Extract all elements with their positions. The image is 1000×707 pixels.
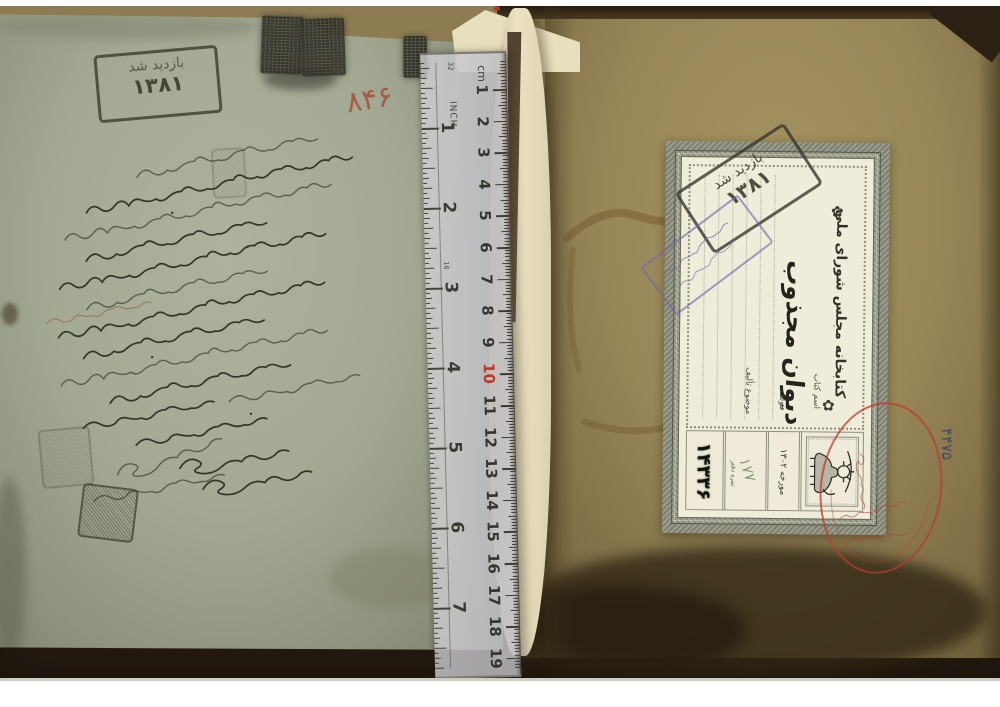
ink-smudge: [263, 70, 337, 90]
field-author: مولف: [777, 390, 787, 410]
ruler-cm-number: 18: [486, 616, 505, 637]
ruler-cm-number: 10: [480, 363, 499, 384]
ruler-cm-unit-label: cm: [475, 65, 488, 82]
strip-cell-register: نمره دفتر ۱۷۷: [725, 431, 769, 509]
field-subject: موضوع تألیف: [743, 367, 753, 414]
inspection-stamp: بازدید شد ۱۳۸۱: [93, 45, 222, 124]
ruler-cm-number: 6: [477, 242, 495, 253]
ruler-cm-number: 14: [483, 490, 502, 511]
ruler-cm-scale: cm 12345678910111213141516171819: [420, 53, 521, 677]
ruler-cm-number: 4: [475, 179, 493, 190]
photo: بازدید شد ۱۳۸۱ ۸۴۶: [0, 6, 1000, 678]
ruler-cm-number: 8: [478, 305, 496, 316]
library-name: کتابخانه مجلس شورای ملی: [831, 209, 849, 398]
ruler-cm-number: 19: [487, 648, 506, 669]
ruler-cm-number: 1: [473, 84, 491, 95]
ruler-cm-number: 9: [479, 337, 497, 348]
page-stain: [0, 14, 260, 40]
ruler-cm-number: 12: [481, 426, 500, 447]
date-label: مورخه ۱۳۰۲: [777, 449, 787, 496]
ruler-cm-number: 3: [474, 147, 492, 158]
accession-number-stamp: ۱۴۳۳۶: [692, 442, 715, 500]
handwritten-shelf-number: ۴۴۷۵: [938, 428, 956, 460]
rosette-ornament: ✿: [822, 396, 835, 414]
ruler-cm-number: 11: [480, 395, 499, 416]
ruler-cm-number: 2: [474, 116, 492, 127]
strip-cell-number: ۱۴۳۳۶: [686, 431, 726, 509]
table-edge-line: [0, 678, 1000, 681]
strip-cell-date: مورخه ۱۳۰۲: [768, 432, 802, 510]
field-book-name: اسم کتاب: [811, 374, 821, 409]
ruler-cm-number: 16: [484, 553, 503, 574]
black-ink-seal: [260, 15, 304, 74]
ruler-cm-number: 13: [482, 458, 501, 479]
handwritten-persian-annotations: [10, 146, 450, 526]
cover-edge-shadow: [978, 6, 1000, 658]
ruler-cm-number: 5: [476, 210, 494, 221]
ruler-cm-number: 15: [483, 521, 502, 542]
ruler-cm-number: 17: [485, 584, 504, 605]
register-number-handwritten: ۱۷۷: [735, 457, 761, 482]
manuscript-photo-stage: بازدید شد ۱۳۸۱ ۸۴۶: [0, 0, 1000, 707]
red-mark: [494, 6, 500, 11]
red-inventory-number: ۸۴۶: [344, 79, 395, 120]
black-ink-seal: [300, 17, 346, 77]
ruler-cm-number: 7: [477, 274, 495, 285]
ruler: 32 INCH 16 1234567 cm 123456789101112131…: [420, 51, 521, 678]
